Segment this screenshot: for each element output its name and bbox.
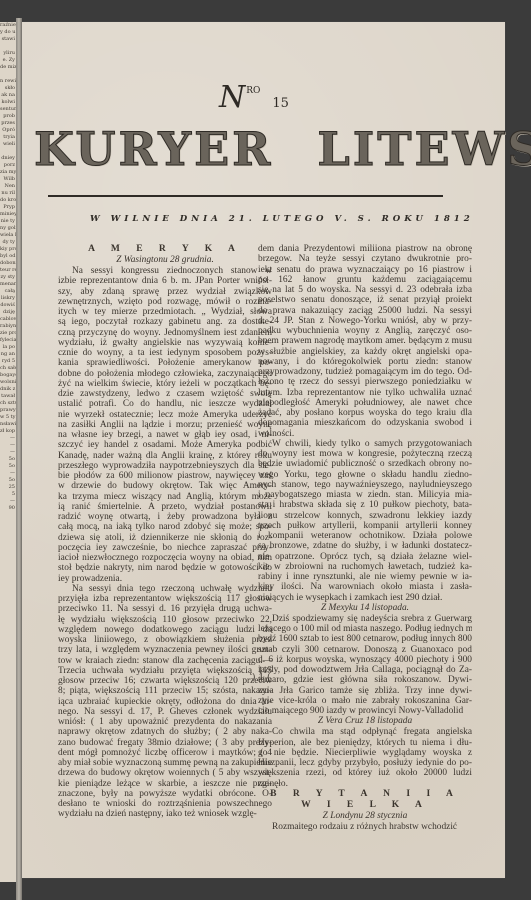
fragment-line: prob (0, 113, 16, 120)
text-line: kie w zbroiowni na ruchomych ławetach, t… (258, 562, 472, 572)
text-line: dent mógł pomnożyć liczbę officerow i ma… (58, 748, 272, 758)
text-line: go nie będzie. Niecierpliwie wyglądamy w… (258, 748, 472, 758)
text-line: w służbie angielskiey, za każdy okręt an… (258, 347, 472, 357)
fragment-line: Pryp (0, 204, 16, 211)
text-line: nego. Na sessyi d. 17, P. Gheves członek… (58, 707, 272, 717)
title-word-2: LITEWSKI (317, 122, 531, 176)
fragment-line: tawał (0, 393, 16, 400)
text-line: rabiny i inne rynsztunki, ale nie wiemy … (258, 572, 472, 582)
text-line: czną przyczynę do woyny. Jednomyślnem ie… (58, 328, 272, 338)
dateline-london: Z Londynu 28 stycznia (258, 811, 472, 822)
text-line: stoł będzie nakryty, nim narod będzie w … (58, 563, 272, 573)
text-line: znaczone, były na powyższe wydatki obróc… (58, 789, 272, 799)
fragment-line: ny goli (0, 225, 16, 232)
text-line: kania sprawiedliwości. Położenie ameryka… (58, 358, 272, 368)
text-line: przyprowadzony, tudzież pomagaiącym im d… (258, 367, 472, 377)
fragment-line: liskry (0, 295, 16, 302)
text-line: d. 6 iż korpus woyska, wynoszący 4000 pi… (258, 655, 472, 665)
fragment-line: wolsnieni (0, 379, 16, 386)
fragment-line: y do u (0, 29, 16, 36)
text-line: Hiszpanii, lecz gdyby przybyło, posłuży … (258, 758, 472, 768)
fragment-line (0, 71, 16, 78)
text-line: ustalić potrafi. Co do handlu, nic ieszc… (58, 399, 272, 409)
text-line: Co chwila ma stąd odpłynąć fregata angie… (258, 727, 472, 737)
fragment-line: całą (0, 288, 16, 295)
text-line: niaiących ie wysepkach i zamkach iest 29… (258, 593, 472, 603)
text-line: wydziału na dzień następny, iako też wni… (58, 809, 272, 819)
text-line: iacioł niezwłocznego rozpoczęcia woyny n… (58, 553, 272, 563)
text-line: kiey ilości. Na warowniach około miasta … (258, 582, 472, 592)
issue-prefix: N (219, 80, 245, 115)
text-line: nie wyrzekł ostatecznie; lecz może Amery… (58, 410, 272, 420)
text-line: poselstwo senatu donoszące, iż senat prz… (258, 295, 472, 305)
fragment-line: ryd 5 (0, 358, 16, 365)
fragment-line: nsławie (0, 421, 16, 428)
text-line: dopomagania mieszkańcom do odzyskania sw… (258, 418, 472, 428)
fragment-line: tryia (0, 134, 16, 141)
text-line: cio maiącego 900 iazdy w prowincyi Nowy-… (258, 706, 472, 716)
section-title-ameryka: A M E R Y K A (58, 244, 272, 255)
text-line: bie płodów za 600 milionow piastrow, nay… (58, 471, 272, 481)
text-line: przeszłego wyprowadziła naypotrzebnieysz… (58, 461, 272, 471)
text-line: łożono tę rzecz do sessyi pierwszego pon… (258, 377, 472, 387)
text-line: i naybogatszego miasta w ziedn. stan. Mi… (258, 490, 472, 500)
article-body-veracruz: Co chwila ma stąd odpłynąć fregata angie… (258, 727, 472, 789)
text-line: nie opatrzone. Oprócz tych, są działa że… (258, 552, 472, 562)
title-word-1: KURYER (34, 122, 273, 176)
fragment-line: nie ty (0, 218, 16, 225)
fragment-line: kiy pro (0, 246, 16, 253)
text-line: są iego, poczytał rozkazy gabinetu ang. … (58, 317, 272, 327)
fragment-line: zy sty (0, 274, 16, 281)
fragment-line: ng an (0, 351, 16, 358)
fragment-line: do kro (0, 197, 16, 204)
text-line: sztab czyli 300 cetnarow. Donoszą z Guan… (258, 645, 472, 655)
text-line: zyia Jrła Garico tamże się zbliża. Trzy … (258, 686, 472, 696)
text-line: woyska liniiowego, z obowiązkiem służeni… (58, 635, 272, 645)
issue-number-value: 15 (272, 96, 289, 111)
fragment-line: bogaych (0, 372, 16, 379)
text-line: naprawy okrętow zdatnych do służby; ( 2 … (58, 727, 272, 737)
text-line: większenia rzezi, od którey iuż około 20… (258, 768, 472, 778)
issue-suffix: RO (246, 86, 260, 96)
fragment-line: cablow (0, 316, 16, 323)
text-line: bnem prawem nagrodę maytkom amer. będący… (258, 336, 472, 346)
fragment-line: raźniey (0, 22, 16, 29)
fragment-table-value: 5o (0, 477, 16, 484)
text-line: desłano te wnioski do roztrząśnienia pow… (58, 799, 272, 809)
fragment-line: fylecia (0, 337, 16, 344)
fragment-line (0, 148, 16, 155)
fragment-line: sentum (0, 106, 16, 113)
text-line: cznie do woyny, a ta iest iedynym sposob… (58, 348, 272, 358)
fragment-line: miniey (0, 211, 16, 218)
fragment-line: Opró (0, 127, 16, 134)
text-line: dziewa się atoli, iż dziennikerze nie sk… (58, 533, 272, 543)
text-line: iey prowadzenia. (58, 574, 272, 584)
adjacent-page-fragment: raźnieyy do ustawi ylirue. Zyde miza n r… (0, 22, 16, 882)
fragment-table-value: — (0, 470, 16, 477)
newspaper-title: KURYERLITEWSKI (34, 122, 464, 176)
text-line: do prawa nakazuiący zaciąg 25000 ludzi. … (258, 306, 472, 316)
fragment-table-value: — (0, 498, 16, 505)
text-line: nowany, i do któregokolwiek portu ziedn:… (258, 357, 472, 367)
fragment-line: nu ril (0, 190, 16, 197)
fragment-line: e. Zy (0, 57, 16, 64)
text-line: iazdy, pod dowodztwem Jrła Callaga, poci… (258, 665, 472, 675)
text-line: do woyny iest mowa w kongresie, pożytecz… (258, 449, 472, 459)
left-column: A M E R Y K A Z Wasingtonu 28 grudnia. N… (58, 244, 272, 820)
dateline-mexico: Z Mexyku 14 listopada. (258, 603, 472, 614)
text-line: Na sessyi dnia tego rzeczoną uchwałę wyd… (58, 584, 272, 594)
text-line: Hyperion, ale bez pieniędzy, których tu … (258, 738, 472, 748)
right-column: dem dania Prezydentowi miliiona piastrow… (258, 244, 472, 832)
text-line: brzegow. Na teyże sessyi czytano dwukrot… (258, 254, 472, 264)
masthead-dateline: W WILNIE DNIA 21. LUTEGO V. S. ROKU 1812 (90, 214, 474, 224)
text-line: są bronzowe, zdatne do służby, i w ładun… (258, 541, 472, 551)
text-line: zewnętrznych, wzięto pod rozwagę, mówił … (58, 297, 272, 307)
issue-number: NRO15 (219, 80, 289, 115)
text-line: radzić woynę otwartą, i żeby prowadzona … (58, 512, 272, 522)
text-line: Kanadę, nader ważną dla Anglii krainę, z… (58, 451, 272, 461)
text-line: zyie vice-króla o mało nie zabrały rokos… (258, 696, 472, 706)
article-body-mexico: Dziś spodziewamy się nadeyścia srebra z … (258, 614, 472, 717)
fragment-line: Wilb (0, 176, 16, 183)
fragment-table-value: 5 (0, 491, 16, 498)
text-line: 8; piąta, większością 111 przeciw 15; sz… (58, 686, 272, 696)
fragment-line: zie probo (0, 330, 16, 337)
fragment-table-value: — (0, 442, 16, 449)
text-line: iąca uzbraiać kupieckie okręty, odłożona… (58, 697, 272, 707)
text-line: Trzecia uchwała wydziału przyięta większ… (58, 666, 272, 676)
text-line: lionu strzelcow konnych, szwadronu lekki… (258, 511, 472, 521)
text-line: niepodległość Ameryki południowey, ale n… (258, 398, 472, 408)
fragment-table-header: zł kop (0, 428, 16, 435)
text-line: względem nowego dodatkowego zaciągu ludz… (58, 625, 272, 635)
fragment-line: ak na (0, 92, 16, 99)
fragment-line: skło (0, 85, 16, 92)
fragment-line: wieli (0, 141, 16, 148)
fragment-line: ch sało (0, 365, 16, 372)
text-line: trzech pułkow artyllerii, kompanii artyl… (258, 521, 472, 531)
fragment-line: dnik z (0, 386, 16, 393)
fragment-table-value: 5o (0, 463, 16, 470)
text-line: tamaro, gdzie iest główna siła rokoszano… (258, 675, 472, 685)
text-line: na zasiłki Anglii na lądzie i morzu; prz… (58, 420, 272, 430)
fragment-line: la po (0, 344, 16, 351)
text-line: po 162 łanow gruntu każdemu zaciągaiącem… (258, 275, 472, 285)
text-line: bydź 1600 sztab to iest 800 cetnarow, po… (258, 634, 472, 644)
article-body-london: Rozmaitego rodzaiu z różnych hrabstw wch… (258, 822, 472, 832)
fragment-line: ch sztuk (0, 400, 16, 407)
text-line: będzie uwiadomić publiczność o srzedkach… (258, 459, 472, 469)
fragment-line: zia my (0, 169, 16, 176)
text-line: drzewa do budowy okrętow woiennych ( 5 a… (58, 768, 272, 778)
text-line: lutym. Izba reprezentantow nie tylko uch… (258, 388, 472, 398)
fragment-line (0, 43, 16, 50)
text-line: wego Yorku, tego głowne o składu handlu … (258, 470, 472, 480)
article-body-washington: Na sessyi kongressu ziednoczonych stanow… (58, 266, 272, 820)
text-line: szy, aby zdaną sprawę przez wydział zwią… (58, 287, 272, 297)
text-line: leżącego o 100 mil od miasta naszego. Po… (258, 624, 472, 634)
fragment-line: de miza (0, 64, 16, 71)
text-line: zginęło. (258, 779, 472, 789)
text-line: poczęcia iey zawcześnie, bo niechce zapr… (58, 543, 272, 553)
fragment-line: yliru (0, 50, 16, 57)
fragment-line: przes (0, 120, 16, 127)
text-line: w drzewie do budowy okrętow. Tak więc Am… (58, 481, 272, 491)
fragment-line: byl od (0, 253, 16, 260)
text-line: itych w tey mierze przedmiotach. „ Wydzi… (58, 307, 272, 317)
fragment-table-value: — (0, 435, 16, 442)
fragment-table-value: 25 (0, 484, 16, 491)
text-line: zano budować fregaty 38mio działowe; ( 3… (58, 738, 272, 748)
fragment-line: kolwi (0, 99, 16, 106)
text-line: ka trzyma miecz wiszący nad Anglią, któr… (58, 492, 272, 502)
text-line: W chwili, kiedy tylko o samych przygotow… (258, 439, 472, 449)
fragment-table-value: 5o (0, 456, 16, 463)
text-line: Na sessyi kongressu ziednoczonych stanow… (58, 266, 272, 276)
fragment-table-value: — (0, 449, 16, 456)
text-line: trzy lata, i względem wyznaczenia pewney… (58, 645, 272, 655)
fragment-line: Nen (0, 183, 16, 190)
fragment-table-value: 90 (0, 505, 16, 512)
text-line: sta i hrabstwa składa się z 10 pułkow pi… (258, 500, 472, 510)
text-line: i kompanii weteranow ochotnikow. Działa … (258, 531, 472, 541)
text-line: tow w kraiach ziedn: stanow dla zachęcen… (58, 656, 272, 666)
text-line: d. 24 JP. Stan z Nowego-Yorku wniósł, ab… (258, 316, 472, 326)
fragment-line: dobonie (0, 260, 16, 267)
fragment-line: w 5 ty (0, 414, 16, 421)
text-line: kie pieniądze leżące w skarbie, a ieszcz… (58, 779, 272, 789)
fragment-line: menary (0, 281, 16, 288)
fragment-line: n rewi (0, 78, 16, 85)
text-line: dzie zawstydzeny, ledwo z czasem wziętoś… (58, 389, 272, 399)
text-line: izbie reprezentantow dnia 6 b. m. JPan P… (58, 276, 272, 286)
fragment-line: dniey (0, 155, 16, 162)
text-line: wolności. (258, 429, 472, 439)
text-line: iekt senatu do prawa wyznaczaiący po 16 … (258, 265, 472, 275)
page-number-mark: ) 1 ( (252, 673, 270, 683)
text-line: przyięła izba reprezentantow większością… (58, 594, 272, 604)
text-line: szczyć iey handel z osadami. Może Ameryk… (58, 440, 272, 450)
dateline-veracruz: Z Vera Cruz 18 listopada (258, 716, 472, 727)
text-line: głosow przeciw 16; czwarta większością 1… (58, 676, 272, 686)
fragment-line: teur res (0, 267, 16, 274)
fragment-line: dy ty (0, 239, 16, 246)
text-line: padku wybuchnienia woyny z Anglią, zaręc… (258, 326, 472, 336)
text-line: ią ranić śmiertelnie. A przeto, wydział … (58, 502, 272, 512)
section-title-brytania: B R Y T A N I I A W I E L K A (258, 789, 472, 811)
text-line: przeciwko 11. Na sessyi d. 16 przyięła d… (58, 604, 272, 614)
fragment-line: dowiś (0, 302, 16, 309)
text-line: aby miał sobie wyznaczoną summę pewną na… (58, 758, 272, 768)
article-body-washington-cont: dem dania Prezydentowi miliiona piastrow… (258, 244, 472, 603)
text-line: żądać, aby posłano korpus woyska do tego… (258, 408, 472, 418)
dateline-washington: Z Wasingtonu 28 grudnia. (58, 255, 272, 266)
text-line: dobne do położenia młodego człowieka, za… (58, 369, 272, 379)
fragment-line: porz (0, 162, 16, 169)
text-line: dem dania Prezydentowi miliiona piastrow… (258, 244, 472, 254)
text-line: na własne iey brzegi, a nawet w głąb iey… (58, 430, 272, 440)
text-line: całą mocą, na iaką tylko narod zdobyć si… (58, 522, 272, 532)
newspaper-page: NRO15 KURYERLITEWSKI W WILNIE DNIA 21. L… (22, 22, 505, 878)
text-line: łę wydziału większością 110 głosow przec… (58, 615, 272, 625)
fragment-line: rabiyni (0, 323, 16, 330)
text-line: nych stanow, tego naywaźnieyszego, naylu… (258, 480, 472, 490)
fragment-line: wiela l (0, 232, 16, 239)
fragment-line: dziję (0, 309, 16, 316)
text-line: wniósł: ( 1 aby upoważnić prezydenta do … (58, 717, 272, 727)
text-line: Dziś spodziewamy się nadeyścia srebra z … (258, 614, 472, 624)
masthead-rule (48, 195, 443, 197)
text-line: się na lat 5 do woyska. Na sessyi d. 23 … (258, 285, 472, 295)
fragment-line: prawych (0, 407, 16, 414)
fragment-line: stawi (0, 36, 16, 43)
text-line: żyć na wielkim świecie, który ieżeli w p… (58, 379, 272, 389)
text-line: wydziału, iż gwałty angielskie nas wyzyw… (58, 338, 272, 348)
